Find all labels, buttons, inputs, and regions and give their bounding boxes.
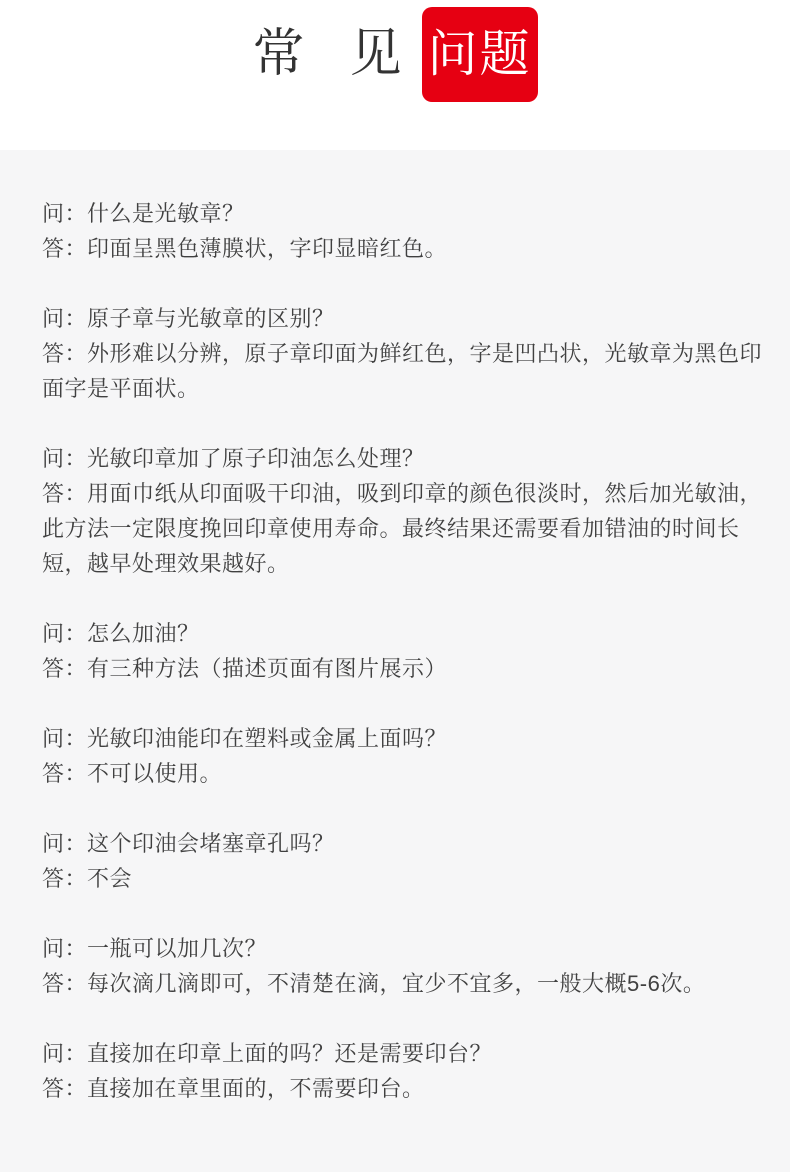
answer-text: 用面巾纸从印面吸干印油，吸到印章的颜色很淡时，然后加光敏油，此方法一定限度挽回印… [42, 481, 762, 576]
question-prefix: 问： [42, 936, 87, 961]
faq-item: 问：这个印油会堵塞章孔吗？ 答：不会 [42, 826, 768, 896]
faq-item: 问：一瓶可以加几次？ 答：每次滴几滴即可，不清楚在滴，宜少不宜多，一般大概5-6… [42, 931, 768, 1001]
answer-prefix: 答： [42, 866, 87, 891]
question-line: 问：什么是光敏章？ [42, 196, 768, 231]
answer-line: 答：外形难以分辨，原子章印面为鲜红色，字是凹凸状，光敏章为黑色印面字是平面状。 [42, 336, 768, 406]
answer-line: 答：不可以使用。 [42, 756, 768, 791]
question-text: 这个印油会堵塞章孔吗？ [87, 831, 335, 856]
answer-line: 答：印面呈黑色薄膜状，字印显暗红色。 [42, 231, 768, 266]
answer-line: 答：直接加在章里面的，不需要印台。 [42, 1071, 768, 1106]
question-prefix: 问： [42, 306, 87, 331]
answer-prefix: 答： [42, 481, 87, 506]
answer-text: 外形难以分辨，原子章印面为鲜红色，字是凹凸状，光敏章为黑色印面字是平面状。 [42, 341, 762, 401]
question-line: 问：直接加在印章上面的吗？还是需要印台？ [42, 1036, 768, 1071]
question-line: 问：怎么加油？ [42, 616, 768, 651]
answer-text: 有三种方法（描述页面有图片展示） [87, 656, 447, 681]
answer-text: 不会 [87, 866, 132, 891]
title-char-1: 常 [252, 28, 304, 80]
question-prefix: 问： [42, 726, 87, 751]
question-text: 直接加在印章上面的吗？还是需要印台？ [87, 1041, 492, 1066]
question-line: 问：这个印油会堵塞章孔吗？ [42, 826, 768, 861]
answer-line: 答：用面巾纸从印面吸干印油，吸到印章的颜色很淡时，然后加光敏油，此方法一定限度挽… [42, 476, 768, 581]
faq-item: 问：什么是光敏章？ 答：印面呈黑色薄膜状，字印显暗红色。 [42, 196, 768, 266]
title-char-2: 见 [350, 28, 402, 80]
question-text: 怎么加油？ [87, 621, 200, 646]
answer-text: 每次滴几滴即可，不清楚在滴，宜少不宜多，一般大概5-6次。 [87, 971, 705, 996]
answer-text: 不可以使用。 [87, 761, 222, 786]
answer-line: 答：有三种方法（描述页面有图片展示） [42, 651, 768, 686]
question-line: 问：光敏印油能印在塑料或金属上面吗？ [42, 721, 768, 756]
faq-item: 问：光敏印油能印在塑料或金属上面吗？ 答：不可以使用。 [42, 721, 768, 791]
question-text: 光敏印章加了原子印油怎么处理？ [87, 446, 425, 471]
question-prefix: 问： [42, 831, 87, 856]
question-line: 问：原子章与光敏章的区别？ [42, 301, 768, 336]
question-prefix: 问： [42, 1041, 87, 1066]
answer-text: 印面呈黑色薄膜状，字印显暗红色。 [87, 236, 447, 261]
answer-prefix: 答： [42, 971, 87, 996]
faq-item: 问：光敏印章加了原子印油怎么处理？ 答：用面巾纸从印面吸干印油，吸到印章的颜色很… [42, 441, 768, 581]
answer-prefix: 答： [42, 236, 87, 261]
answer-prefix: 答： [42, 1076, 87, 1101]
question-prefix: 问： [42, 446, 87, 471]
question-line: 问：光敏印章加了原子印油怎么处理？ [42, 441, 768, 476]
question-text: 光敏印油能印在塑料或金属上面吗？ [87, 726, 447, 751]
answer-line: 答：不会 [42, 861, 768, 896]
page-title: 常 见 问题 [252, 6, 537, 102]
question-text: 原子章与光敏章的区别？ [87, 306, 335, 331]
answer-prefix: 答： [42, 656, 87, 681]
answer-line: 答：每次滴几滴即可，不清楚在滴，宜少不宜多，一般大概5-6次。 [42, 966, 768, 1001]
faq-item: 问：直接加在印章上面的吗？还是需要印台？ 答：直接加在章里面的，不需要印台。 [42, 1036, 768, 1106]
question-prefix: 问： [42, 621, 87, 646]
faq-page: 常 见 问题 问：什么是光敏章？ 答：印面呈黑色薄膜状，字印显暗红色。 问：原子… [0, 0, 790, 1172]
title-highlight-text: 问题 [428, 29, 532, 79]
answer-text: 直接加在章里面的，不需要印台。 [87, 1076, 425, 1101]
title-highlight-badge: 问题 [422, 7, 538, 102]
answer-prefix: 答： [42, 761, 87, 786]
question-line: 问：一瓶可以加几次？ [42, 931, 768, 966]
faq-item: 问：怎么加油？ 答：有三种方法（描述页面有图片展示） [42, 616, 768, 686]
question-text: 一瓶可以加几次？ [87, 936, 267, 961]
answer-prefix: 答： [42, 341, 87, 366]
page-header: 常 见 问题 [0, 0, 790, 150]
faq-panel: 问：什么是光敏章？ 答：印面呈黑色薄膜状，字印显暗红色。 问：原子章与光敏章的区… [0, 150, 790, 1172]
question-prefix: 问： [42, 201, 87, 226]
question-text: 什么是光敏章？ [87, 201, 245, 226]
faq-item: 问：原子章与光敏章的区别？ 答：外形难以分辨，原子章印面为鲜红色，字是凹凸状，光… [42, 301, 768, 406]
